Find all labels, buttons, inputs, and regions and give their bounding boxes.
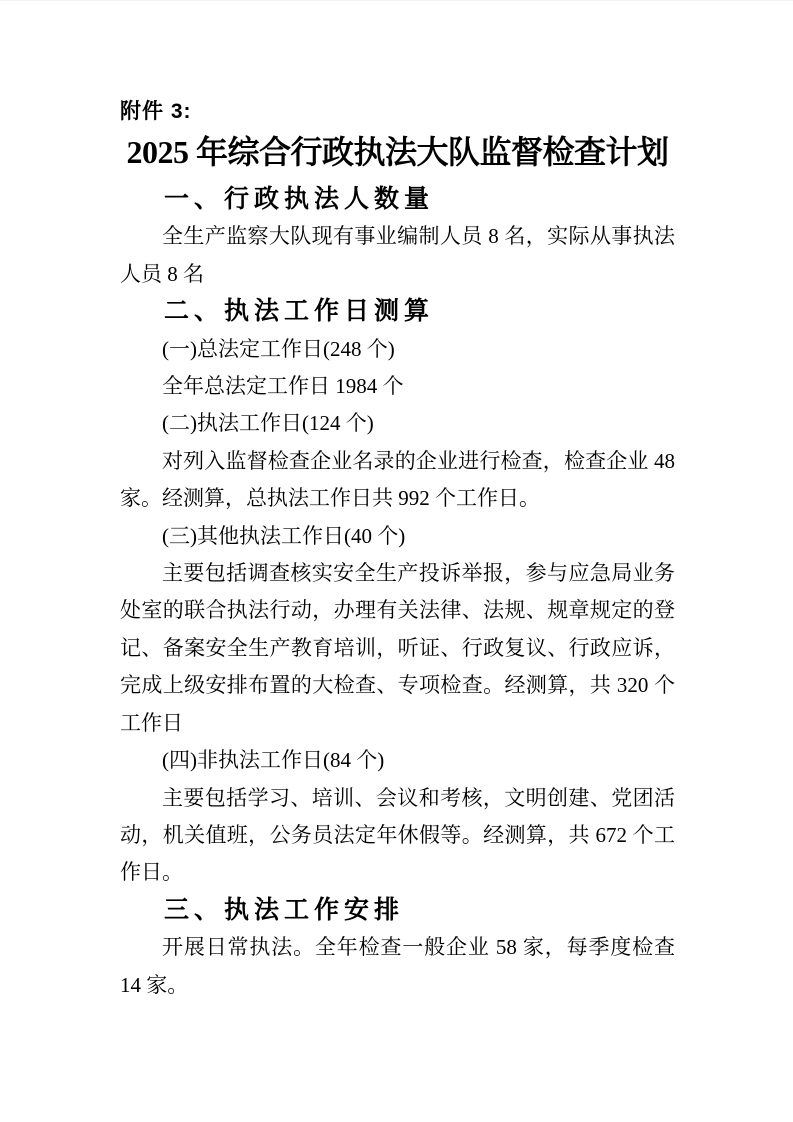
subheading-non-enforcement-workdays: (四)非执法工作日(84 个) (120, 742, 675, 779)
document-body: 一、行政执法人数量 全生产监察大队现有事业编制人员 8 名，实际从事执法人员 8… (120, 181, 675, 1004)
section-1-paragraph: 全生产监察大队现有事业编制人员 8 名，实际从事执法人员 8 名 (120, 218, 675, 293)
paragraph-non-enforcement-workdays: 主要包括学习、培训、会议和考核，文明创建、党团活动，机关值班，公务员法定年休假等… (120, 780, 675, 892)
section-2-heading: 二、执法工作日测算 (120, 293, 675, 330)
section-3-paragraph: 开展日常执法。全年检查一般企业 58 家，每季度检查 14 家。 (120, 929, 675, 1004)
subheading-enforcement-workdays: (二)执法工作日(124 个) (120, 405, 675, 442)
section-3-heading: 三、执法工作安排 (120, 892, 675, 929)
paragraph-enforcement-workdays: 对列入监督检查企业名录的企业进行检查，检查企业 48 家。经测算，总执法工作日共… (120, 443, 675, 518)
attachment-label: 附件 3: (120, 99, 675, 125)
document-title: 2025 年综合行政执法大队监督检查计划 (120, 129, 675, 175)
subheading-other-enforcement-workdays: (三)其他执法工作日(40 个) (120, 518, 675, 555)
subheading-total-legal-workdays: (一)总法定工作日(248 个) (120, 331, 675, 368)
paragraph-total-legal-workdays: 全年总法定工作日 1984 个 (120, 368, 675, 405)
section-1-heading: 一、行政执法人数量 (120, 181, 675, 218)
document-page: 附件 3: 2025 年综合行政执法大队监督检查计划 一、行政执法人数量 全生产… (0, 0, 793, 1122)
paragraph-other-enforcement-workdays: 主要包括调查核实安全生产投诉举报，参与应急局业务处室的联合执法行动，办理有关法律… (120, 555, 675, 742)
